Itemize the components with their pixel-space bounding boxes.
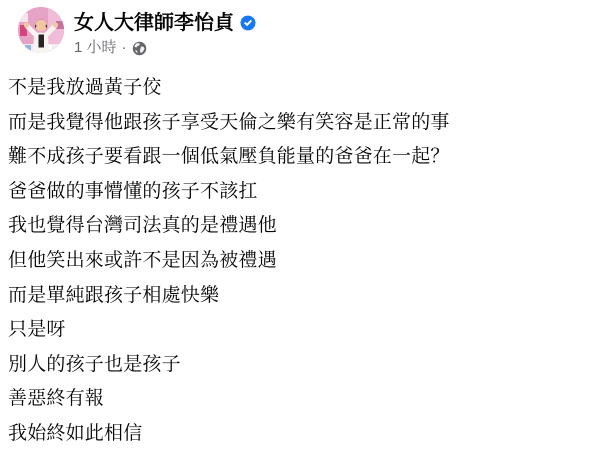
post-text-line: 難不成孩子要看跟一個低氣壓負能量的爸爸在一起？ [8,140,582,175]
post-body: 不是我放過黃子佼 而是我覺得他跟孩子享受天倫之樂有笑容是正常的事 難不成孩子要看… [0,71,594,450]
post-text-line: 但他笑出來或許不是因為被禮遇 [8,244,582,279]
globe-public-icon [132,41,147,56]
timestamp[interactable]: 1 小時 [74,39,117,57]
author-name[interactable]: 女人大律師李怡貞 [74,11,234,35]
facebook-post: 女人大律師李怡貞 1 小時 · [0,0,594,450]
post-text-line: 而是單純跟孩子相處快樂 [8,279,582,314]
profile-photo [18,7,64,53]
post-text-line: 我始終如此相信 [8,417,582,450]
name-row: 女人大律師李怡貞 [74,11,256,35]
post-header: 女人大律師李怡貞 1 小時 · [0,0,594,57]
meta-row: 1 小時 · [74,39,256,57]
post-text-line: 善惡終有報 [8,382,582,417]
post-text-line: 爸爸做的事懵懂的孩子不該扛 [8,175,582,210]
post-text-line: 只是呀 [8,313,582,348]
dot-separator: · [122,39,127,57]
verified-badge-icon [240,15,256,31]
avatar[interactable] [18,7,64,53]
post-text-line: 我也覺得台灣司法真的是禮遇他 [8,209,582,244]
post-text-line: 而是我覺得他跟孩子享受天倫之樂有笑容是正常的事 [8,106,582,141]
post-text-line: 不是我放過黃子佼 [8,71,582,106]
post-text-line: 別人的孩子也是孩子 [8,348,582,383]
header-info: 女人大律師李怡貞 1 小時 · [74,7,256,57]
